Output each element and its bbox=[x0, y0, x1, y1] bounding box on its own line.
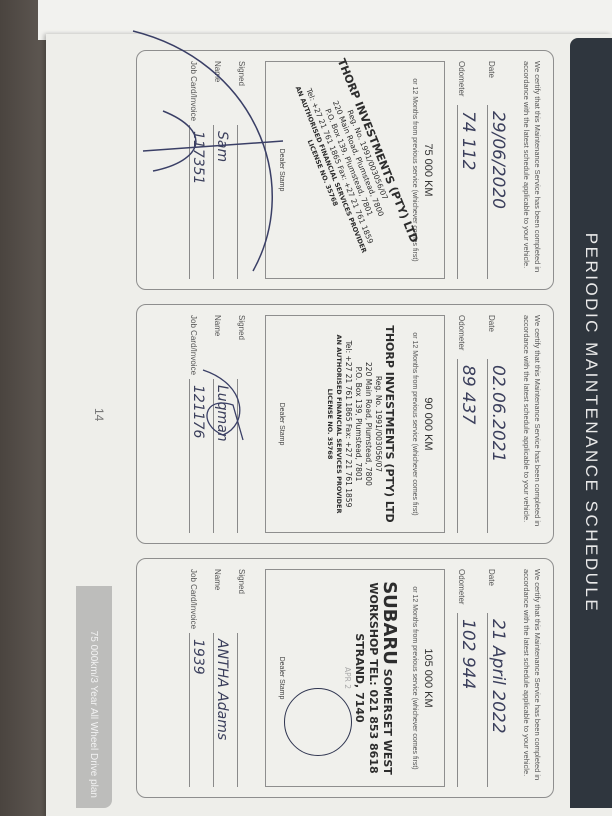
job-card-label: Job Card/Invoice bbox=[189, 315, 198, 379]
page-title: PERIODIC MAINTENANCE SCHEDULE bbox=[570, 38, 612, 808]
job-card-row: Job Card/Invoice 117351 bbox=[189, 61, 207, 279]
odometer-row: Odometer 74 112 bbox=[457, 61, 479, 279]
date-field[interactable]: 21 April 2022 bbox=[487, 613, 508, 787]
job-card-field[interactable]: 117351 bbox=[189, 125, 206, 279]
service-card-75000: We certify that this Maintenance Service… bbox=[136, 50, 554, 290]
signature-rows: Signed Name Sam Job Card/Invoice 117351 bbox=[189, 61, 255, 279]
job-card-label: Job Card/Invoice bbox=[189, 61, 198, 125]
date-field[interactable]: 29/06/2020 bbox=[487, 105, 508, 279]
service-cards: We certify that this Maintenance Service… bbox=[136, 50, 554, 800]
interval-box: 105 000 KM or 12 Months from previous se… bbox=[265, 569, 445, 787]
stamp-license: LICENSE NO. 35768 bbox=[325, 324, 334, 524]
service-book-page: PERIODIC MAINTENANCE SCHEDULE We certify… bbox=[46, 34, 612, 816]
dealer-stamp: THORP INVESTMENTS (PTY) LTD Reg. No. 199… bbox=[272, 324, 396, 524]
name-row: Name ANTHA Adams bbox=[213, 569, 231, 787]
name-row: Name Sam bbox=[213, 61, 231, 279]
dealer-stamp-label: Dealer Stamp bbox=[278, 403, 285, 446]
odometer-label: Odometer bbox=[457, 569, 466, 613]
plan-footer: 75 000km/3 Year All Wheel Drive plan bbox=[76, 586, 112, 808]
date-row: Date 21 April 2022 bbox=[487, 569, 509, 787]
stamp-brand-row: SUBARU SOMERSET WEST bbox=[380, 578, 396, 778]
dealer-stamp-circle bbox=[284, 688, 352, 756]
interval-km: 90 000 KM bbox=[422, 316, 434, 532]
certify-text: We certify that this Maintenance Service… bbox=[517, 315, 543, 533]
stamp-fsp: AN AUTHORISED FINANCIAL SERVICES PROVIDE… bbox=[334, 324, 343, 524]
name-field[interactable]: Luqman bbox=[213, 379, 230, 533]
name-label: Name bbox=[213, 61, 222, 125]
signed-row: Signed bbox=[237, 569, 255, 787]
signature-rows: Signed Name Luqman Job Card/Invoice 1211… bbox=[189, 315, 255, 533]
stamp-company: THORP INVESTMENTS (PTY) LTD bbox=[383, 324, 396, 524]
stamp-reg: Reg. No. 1991/003056/07 bbox=[373, 324, 383, 524]
job-card-field[interactable]: 121176 bbox=[189, 379, 206, 533]
date-row: Date 02.06.2021 bbox=[487, 315, 509, 533]
odometer-row: Odometer 102 944 bbox=[457, 569, 479, 787]
interval-box: 75 000 KM or 12 Months from previous ser… bbox=[265, 61, 445, 279]
name-label: Name bbox=[213, 569, 222, 633]
signed-label: Signed bbox=[237, 315, 246, 379]
stamp-address1: 220 Main Road, Plumstead, 7800 bbox=[363, 324, 373, 524]
job-card-row: Job Card/Invoice 121176 bbox=[189, 315, 207, 533]
dealer-stamp-label: Dealer Stamp bbox=[278, 149, 285, 192]
dealer-stamp-label: Dealer Stamp bbox=[278, 657, 285, 700]
odometer-field[interactable]: 89 437 bbox=[457, 359, 478, 533]
interval-note: or 12 Months from previous service (whic… bbox=[411, 570, 418, 786]
name-field[interactable]: ANTHA Adams bbox=[213, 633, 230, 787]
job-card-field[interactable]: 1939 bbox=[189, 633, 206, 787]
interval-note: or 12 Months from previous service (whic… bbox=[411, 62, 418, 278]
name-label: Name bbox=[213, 315, 222, 379]
odometer-field[interactable]: 74 112 bbox=[457, 105, 478, 279]
date-label: Date bbox=[487, 569, 496, 613]
date-field[interactable]: 02.06.2021 bbox=[487, 359, 508, 533]
stamp-town: STRAND, 7140 bbox=[352, 578, 366, 778]
stamp-date: APR 2 bbox=[342, 578, 352, 778]
service-card-105000: We certify that this Maintenance Service… bbox=[136, 558, 554, 798]
signed-label: Signed bbox=[237, 569, 246, 633]
date-label: Date bbox=[487, 315, 496, 359]
interval-box: 90 000 KM or 12 Months from previous ser… bbox=[265, 315, 445, 533]
service-card-90000: We certify that this Maintenance Service… bbox=[136, 304, 554, 544]
signed-row: Signed bbox=[237, 315, 255, 533]
odometer-field[interactable]: 102 944 bbox=[457, 613, 478, 787]
job-card-row: Job Card/Invoice 1939 bbox=[189, 569, 207, 787]
name-row: Name Luqman bbox=[213, 315, 231, 533]
stamp-phone: Tel: +27 21 761 1865 Fax: +27 21 761 185… bbox=[343, 324, 353, 524]
maintenance-schedule-page: PERIODIC MAINTENANCE SCHEDULE We certify… bbox=[72, 38, 612, 808]
certify-text: We certify that this Maintenance Service… bbox=[517, 569, 543, 787]
stamp-brand: SUBARU bbox=[379, 581, 400, 665]
stamp-branch: SOMERSET WEST bbox=[381, 669, 394, 775]
signed-field[interactable] bbox=[237, 633, 254, 787]
certify-text: We certify that this Maintenance Service… bbox=[517, 61, 543, 279]
signed-field[interactable] bbox=[237, 379, 254, 533]
date-row: Date 29/06/2020 bbox=[487, 61, 509, 279]
dealer-stamp: THORP INVESTMENTS (PTY) LTD Reg. No. 199… bbox=[239, 56, 421, 285]
date-label: Date bbox=[487, 61, 496, 105]
stamp-workshop: WORKSHOP TEL: 021 853 8618 bbox=[366, 578, 380, 778]
interval-km: 75 000 KM bbox=[422, 62, 434, 278]
signature-rows: Signed Name ANTHA Adams Job Card/Invoice… bbox=[189, 569, 255, 787]
odometer-row: Odometer 89 437 bbox=[457, 315, 479, 533]
odometer-label: Odometer bbox=[457, 315, 466, 359]
page-number: 14 bbox=[92, 408, 106, 421]
signed-field[interactable] bbox=[237, 125, 254, 279]
name-field[interactable]: Sam bbox=[213, 125, 230, 279]
interval-km: 105 000 KM bbox=[422, 570, 434, 786]
odometer-label: Odometer bbox=[457, 61, 466, 105]
interval-note: or 12 Months from previous service (whic… bbox=[411, 316, 418, 532]
job-card-label: Job Card/Invoice bbox=[189, 569, 198, 633]
stamp-address2: P.O. Box 139, Plumstead, 7801 bbox=[353, 324, 363, 524]
